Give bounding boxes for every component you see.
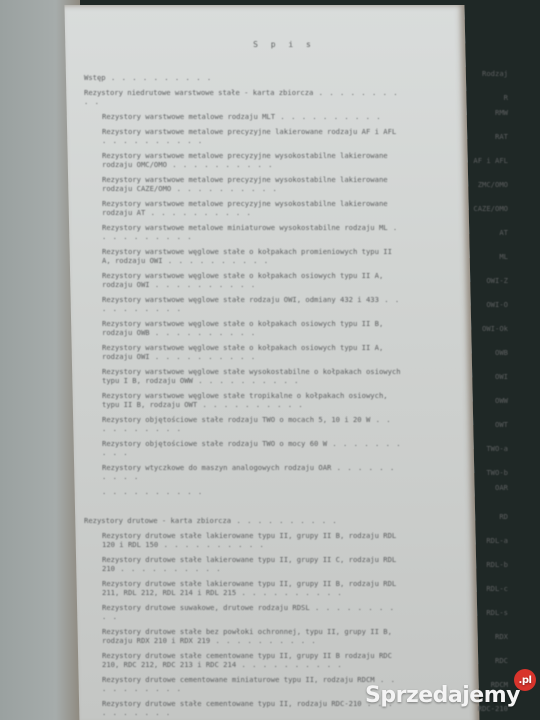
toc-entry-code: CAZE/OMO (428, 204, 508, 213)
toc-entry-title: Rezystory objętościowe stałe rodzaju TWO… (84, 415, 402, 433)
toc-entry-code: OWB (428, 348, 508, 357)
toc-entry-title: Rezystory drutowe stałe cementowane typu… (84, 699, 402, 717)
toc-entry-code: RD (428, 512, 508, 521)
toc-entry-code: OWW (428, 396, 508, 405)
toc-entry-code: RDX (428, 632, 508, 641)
toc-entry: Rezystory warstwowe węglowe stałe o kołp… (84, 343, 524, 361)
toc-entry: Rezystory niedrutowe warstwowe stałe - k… (84, 88, 524, 106)
toc-entry: Rezystory warstwowe węglowe stałe o kołp… (84, 247, 524, 265)
toc-entry-code: RDL-a (428, 536, 508, 545)
toc-entry: Rezystory drutowe stałe lakierowane typu… (84, 555, 524, 573)
toc-entry-title: Rezystory warstwowe metalowe precyzyjne … (84, 175, 402, 193)
toc-entry-code: RDL-b (428, 560, 508, 569)
toc-entry-code: AT (428, 228, 508, 237)
toc-entry: Rezystory objętościowe stałe rodzaju TWO… (84, 415, 524, 433)
toc-entry-title: Rezystory warstwowe metalowe precyzyjne … (84, 151, 402, 169)
toc-entry-code: OWI-Z (428, 276, 508, 285)
toc-entry-code: OAR (428, 483, 508, 492)
toc-entry-title: Wstęp (84, 73, 402, 82)
toc-entry-title: Rezystory warstwowe metalowe miniaturowe… (84, 223, 402, 241)
toc-entry-title: Rezystory drutowe - karta zbiorcza (84, 516, 402, 525)
toc-entry-title: Rezystory warstwowe metalowe precyzyjne … (84, 199, 402, 217)
toc-entry-code: Rodzaj (428, 69, 508, 78)
toc-entry: Rezystory warstwowe metalowe precyzyjne … (84, 151, 524, 169)
toc-entry: Rezystory warstwowe węglowe stałe o kołp… (84, 319, 524, 337)
toc-entry-code: ZMC/OMO (428, 180, 508, 189)
toc-entry: Rezystory wtyczkowe do maszyn analogowyc… (84, 463, 524, 481)
toc-entry-code: OWI (428, 372, 508, 381)
toc-entry: OAR (84, 487, 524, 496)
toc-entry-code: RDL-c (428, 584, 508, 593)
toc-entry-title: Rezystory wtyczkowe do maszyn analogowyc… (84, 463, 402, 481)
toc-entry: Rezystory warstwowe metalowe rodzaju MLT… (84, 112, 524, 121)
toc-entry-code: RAT (428, 132, 508, 141)
toc-entry-code: TWO-b (428, 468, 508, 477)
toc-entry: Rezystory warstwowe węglowe stałe rodzaj… (84, 295, 524, 313)
toc-entry-title: Rezystory drutowe stałe lakierowane typu… (84, 555, 402, 573)
toc-entry-title: Rezystory niedrutowe warstwowe stałe - k… (84, 88, 402, 106)
toc-entry-title: Rezystory warstwowe węglowe stałe o kołp… (84, 343, 402, 361)
toc-entry-code: ML (428, 252, 508, 261)
watermark-logo: Sprzedajemy .pl (365, 683, 520, 708)
toc-entry: Rezystory warstwowe metalowe precyzyjne … (84, 199, 524, 217)
toc-entry: WstępRodzaj (84, 73, 524, 82)
toc-entry: Rezystory drutowe stałe lakierowane typu… (84, 531, 524, 549)
toc-entry: Rezystory warstwowe metalowe precyzyjne … (84, 127, 524, 145)
toc-entry-code: RDL-s (428, 608, 508, 617)
toc-entry-title: Rezystory drutowe stałe cementowane typu… (84, 651, 402, 669)
toc-entry-code: R (428, 93, 508, 102)
toc-entry-title: Rezystory warstwowe węglowe stałe rodzaj… (84, 295, 402, 313)
watermark-badge: .pl (514, 669, 536, 691)
toc-entry: Rezystory drutowe suwakowe, drutowe rodz… (84, 603, 524, 621)
watermark-text: Sprzedajemy (365, 683, 520, 708)
toc-entry-code: OWI-Ok (428, 324, 508, 333)
toc-entry: Rezystory drutowe stałe bez powłoki ochr… (84, 627, 524, 645)
toc-entry: Rezystory drutowe stałe cementowane typu… (84, 651, 524, 669)
table-of-contents: S p i s WstępRodzajRezystory niedrutowe … (84, 40, 524, 720)
toc-entry-title (84, 487, 402, 496)
toc-entry-title: Rezystory warstwowe węglowe stałe tropik… (84, 391, 402, 409)
toc-entry-title: Rezystory warstwowe węglowe stałe o kołp… (84, 271, 402, 289)
toc-entry-title: Rezystory warstwowe węglowe stałe o kołp… (84, 247, 402, 265)
page-title: S p i s (44, 40, 524, 49)
toc-entry-title: Rezystory drutowe suwakowe, drutowe rodz… (84, 603, 402, 621)
toc-entry-title: Rezystory warstwowe węglowe stałe wysoko… (84, 367, 402, 385)
toc-entry-title: Rezystory drutowe stałe bez powłoki ochr… (84, 627, 402, 645)
toc-entry-code: OWI-O (428, 300, 508, 309)
toc-entry: Rezystory warstwowe węglowe stałe o kołp… (84, 271, 524, 289)
toc-entry-title: Rezystory drutowe stałe lakierowane typu… (84, 531, 402, 549)
toc-entry: Rezystory warstwowe węglowe stałe wysoko… (84, 367, 524, 385)
toc-list: WstępRodzajRezystory niedrutowe warstwow… (84, 73, 524, 717)
toc-entry: Rezystory warstwowe węglowe stałe tropik… (84, 391, 524, 409)
toc-entry-title: Rezystory warstwowe węglowe stałe o kołp… (84, 319, 402, 337)
toc-entry-title: Rezystory drutowe stałe lakierowane typu… (84, 579, 402, 597)
toc-entry: Rezystory warstwowe metalowe precyzyjne … (84, 175, 524, 193)
toc-entry: Rezystory drutowe stałe lakierowane typu… (84, 579, 524, 597)
toc-entry-title: Rezystory drutowe cementowane miniaturow… (84, 675, 402, 693)
toc-entry-title: Rezystory objętościowe stałe rodzaju TWO… (84, 439, 402, 457)
toc-entry: Rezystory objętościowe stałe rodzaju TWO… (84, 439, 524, 457)
toc-entry-title: Rezystory warstwowe metalowe rodzaju MLT (84, 112, 402, 121)
toc-entry-code: AF i AFL (428, 156, 508, 165)
toc-entry: Rezystory warstwowe metalowe miniaturowe… (84, 223, 524, 241)
toc-entry-code: RMW (428, 108, 508, 117)
toc-entry-code: RDC (428, 656, 508, 665)
toc-entry-title: Rezystory warstwowe metalowe precyzyjne … (84, 127, 402, 145)
toc-entry-code: TWO-a (428, 444, 508, 453)
toc-entry-code: OWT (428, 420, 508, 429)
toc-entry: Rezystory drutowe - karta zbiorczaRD (84, 516, 524, 525)
